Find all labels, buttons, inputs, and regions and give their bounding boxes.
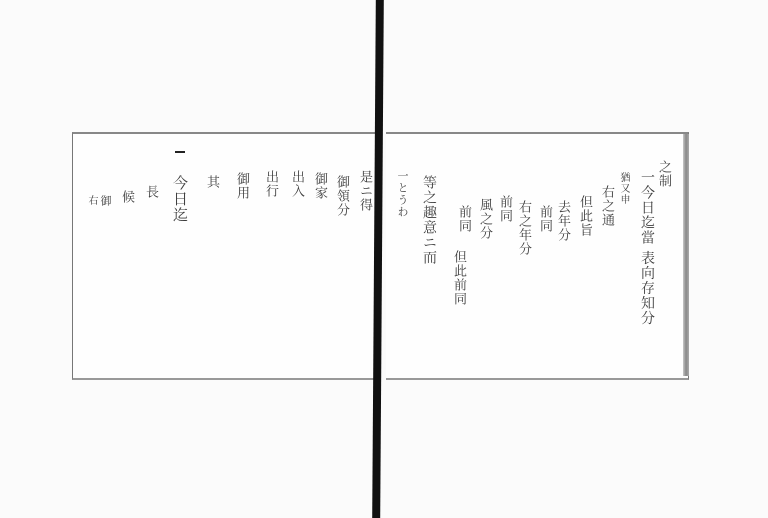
section-mark [175,151,185,153]
text-column: 前同 [538,205,551,265]
text-column: 御用 [235,172,248,352]
text-column: 去年分 [556,200,569,260]
text-column: 出行 [264,170,277,350]
book-spine [372,0,384,518]
left-page [72,132,379,380]
text-column: 御領分 [335,175,348,355]
text-column: 猶又申 [618,172,628,212]
text-column: 其 [205,175,218,275]
text-column: 御 [100,195,111,345]
text-column: 右 [86,195,96,325]
text-column: 出入 [290,170,303,350]
text-column: 右之通 [600,185,613,345]
text-column: 等之趣意ニ而 [422,175,436,345]
text-column: 風之分 [478,198,491,258]
text-column: 但此旨 [578,195,591,345]
text-column: 是ニ得 [358,170,371,350]
text-column: 今日迄 [172,175,187,355]
text-column: 一今日迄當 表向存知分 [640,170,654,370]
text-column: 長 [144,185,157,365]
text-column: 之制 [657,160,670,360]
text-column: 一とうわ [397,170,408,340]
text-column: 右之年分 [517,200,530,260]
page-edge [683,134,689,376]
text-column: 候 [120,190,133,360]
text-column: 但此前同 [452,250,465,330]
text-column: 御家 [313,172,326,352]
text-column: 前同 [498,195,511,255]
